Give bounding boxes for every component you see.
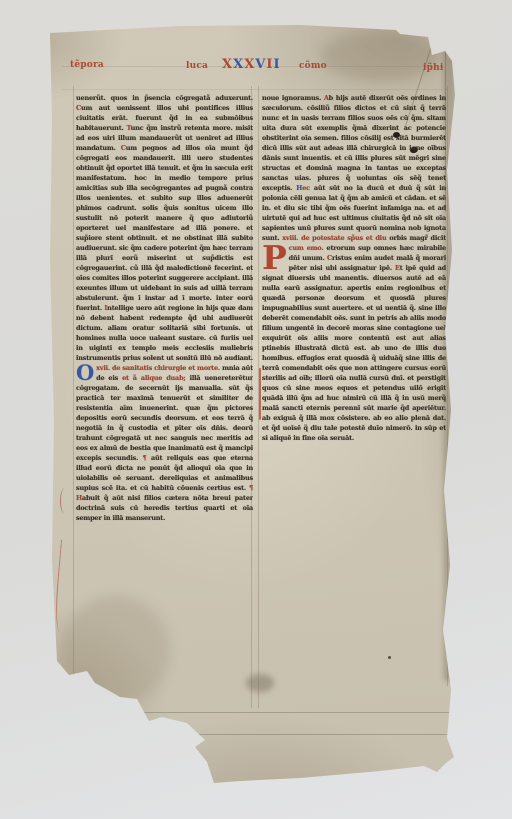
column-left: uenerũt. quos in p̃sencia cōgregatã adux… <box>76 93 253 668</box>
text-segment: um pegnos ad illos oīa munt q̃d cōgregat… <box>76 144 253 312</box>
text-segment: cum emo. <box>289 244 327 252</box>
margin-note: ni <box>41 599 48 607</box>
text-segment: noue ignoramus. <box>262 94 324 102</box>
ruling-line-horizontal <box>62 89 448 90</box>
text-segment: t ipē quid ad signat diuersis ubi manent… <box>262 264 446 442</box>
ruling-line-vertical <box>73 86 74 708</box>
text-segment: et ã alique duab; <box>122 374 190 382</box>
photo-background: tẽpora luca XXXVII cõmo ip̃hi uenerũt. q… <box>0 0 512 819</box>
text-segment: xvii. de sanitatis chirurgie et morte. <box>96 364 222 372</box>
text-segment: uenerũt. quos in p̃sencia cōgregatã adux… <box>76 94 253 102</box>
ruling-line-bottom <box>58 712 450 713</box>
chapter-numeral: XXXVII <box>222 57 281 72</box>
running-title-center: luca <box>186 61 208 71</box>
text-segment: orbis magr̃ dicit <box>389 234 446 242</box>
numeral-letter: I <box>273 57 280 72</box>
numeral-letter: X <box>222 57 233 72</box>
column-right: noue ignoramus. Ab hijs autē dixerūt oēs… <box>262 93 446 678</box>
drop-cap-initial-P: P <box>262 244 287 271</box>
ruling-line-bottom <box>60 734 448 735</box>
text-segment: xviii. de potestate sp̃us et diu <box>282 234 389 242</box>
drop-cap-initial-O: O <box>76 364 94 381</box>
accession-number: NMM-2018.0164 <box>122 771 201 784</box>
text-block: uenerũt. quos in p̃sencia cōgregatã adux… <box>76 93 448 678</box>
text-segment: illā uenereterētur cōgregatam. de secern… <box>76 374 253 462</box>
text-segment: b hijs autē dixerūt oēs ordines in sæcul… <box>262 94 446 192</box>
text-segment: ec <box>302 184 314 192</box>
numeral-letter: X <box>233 57 244 72</box>
initial-filigree <box>60 488 69 514</box>
manuscript-leaf: tẽpora luca XXXVII cõmo ip̃hi uenerũt. q… <box>0 0 512 819</box>
running-title-left: tẽpora <box>70 60 104 70</box>
text-segment: ¶ <box>143 454 151 462</box>
numeral-letter: X <box>244 57 255 72</box>
running-title-after-numeral: cõmo <box>299 61 327 71</box>
numeral-letter: V <box>255 57 266 72</box>
running-title-right: ip̃hi <box>423 63 443 73</box>
text-segment: abuit q̃ aūt nisi filios cætera nōta bre… <box>76 494 253 522</box>
text-segment: ntellige uero aūt regione in hijs quæ da… <box>76 304 253 362</box>
